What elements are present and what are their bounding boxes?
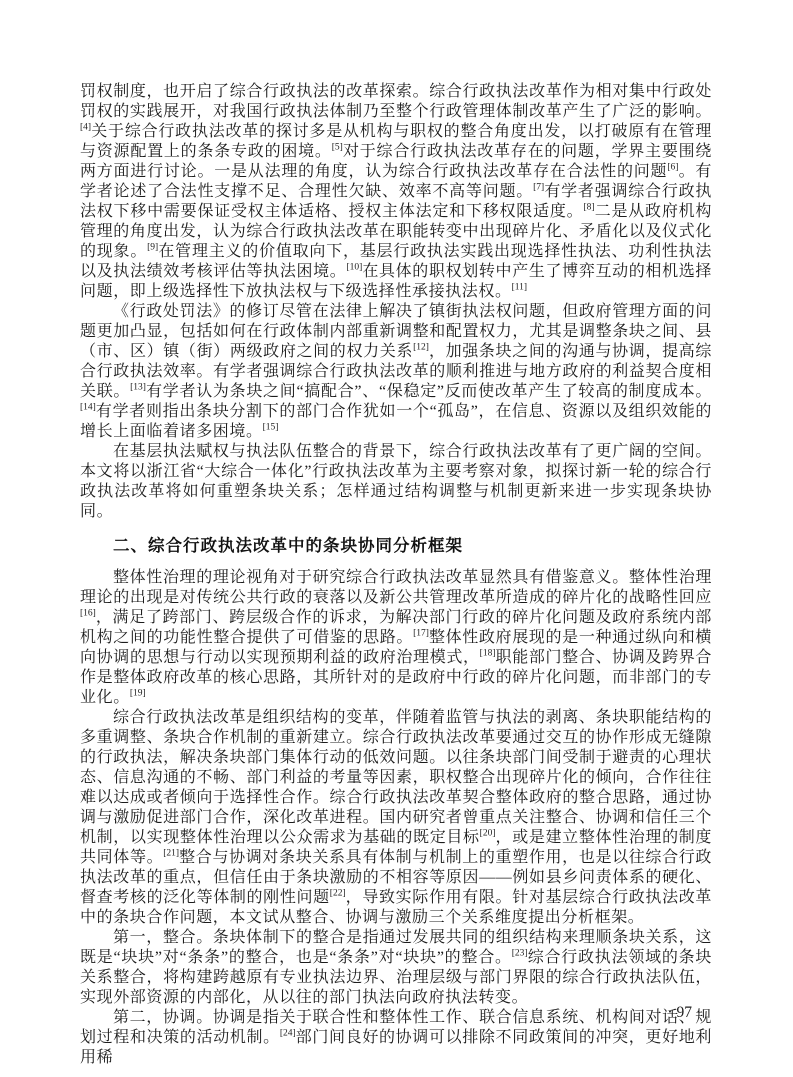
citation-ref: [16]: [80, 609, 96, 619]
citation-ref: [11]: [512, 283, 527, 293]
paragraph: 综合行政执法改革是组织结构的变革，伴随着监管与执法的剥离、条块职能结构的多重调整…: [80, 708, 712, 928]
citation-ref: [10]: [346, 263, 362, 273]
citation-ref: [21]: [163, 849, 179, 859]
paragraph: 第二，协调。协调是指关于联合性和整体性工作、联合信息系统、机构间对话、规划过程和…: [80, 1008, 712, 1068]
article-body: 罚权制度，也开启了综合行政执法的改革探索。综合行政执法改革作为相对集中行政处罚权…: [80, 82, 712, 1068]
citation-ref: [12]: [413, 343, 429, 353]
citation-ref: [7]: [533, 183, 544, 193]
citation-ref: [8]: [583, 203, 594, 213]
citation-ref: [23]: [512, 949, 528, 959]
paragraph: 整体性治理的理论视角对于研究综合行政执法改革显然具有借鉴意义。整体性治理理论的出…: [80, 568, 712, 708]
citation-ref: [5]: [332, 143, 343, 153]
citation-ref: [9]: [147, 243, 158, 253]
citation-ref: [20]: [480, 829, 496, 839]
citation-ref: [17]: [413, 629, 429, 639]
citation-ref: [22]: [330, 889, 346, 899]
citation-ref: [24]: [280, 1029, 296, 1039]
page-number: · 97 ·: [667, 1004, 701, 1021]
paragraph: 罚权制度，也开启了综合行政执法的改革探索。综合行政执法改革作为相对集中行政处罚权…: [80, 82, 712, 302]
document-page: 罚权制度，也开启了综合行政执法的改革探索。综合行政执法改革作为相对集中行政处罚权…: [0, 0, 793, 1077]
section-heading: 二、综合行政执法改革中的条块协同分析框架: [80, 536, 712, 557]
citation-ref: [4]: [80, 123, 91, 133]
citation-ref: [13]: [130, 383, 146, 393]
citation-ref: [19]: [130, 689, 146, 699]
citation-ref: [14]: [80, 403, 96, 413]
paragraph: 第一，整合。条块体制下的整合是指通过发展共同的组织结构来理顺条块关系，这既是“块…: [80, 928, 712, 1008]
paragraph: 在基层执法赋权与执法队伍整合的背景下，综合行政执法改革有了更广阔的空间。本文将以…: [80, 442, 712, 522]
citation-ref: [6]: [667, 163, 678, 173]
citation-ref: [18]: [480, 649, 496, 659]
citation-ref: [15]: [263, 423, 279, 433]
paragraph: 《行政处罚法》的修订尽管在法律上解决了镇街执法权问题，但政府管理方面的问题更加凸…: [80, 302, 712, 442]
page-footer: · 97 ·: [667, 1004, 701, 1022]
